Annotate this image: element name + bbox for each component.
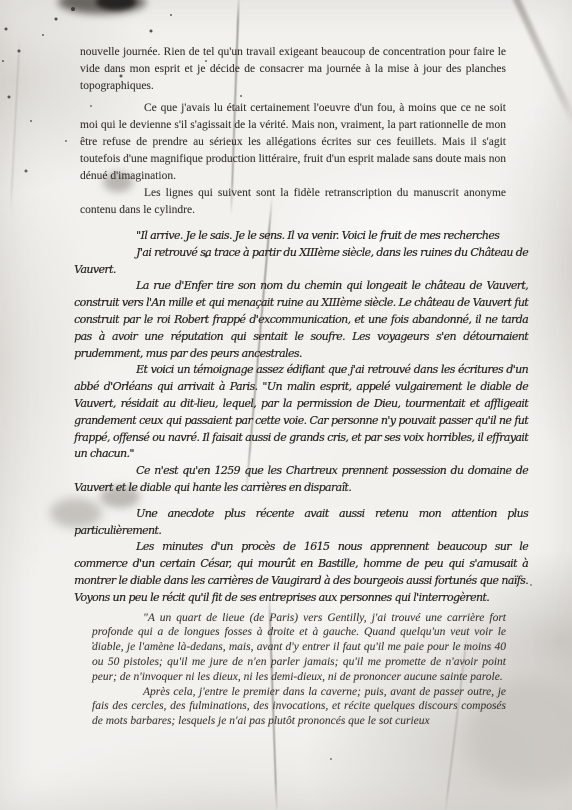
paragraph-typed-2: Ce que j'avais lu était certainement l'o…	[80, 100, 506, 185]
paragraph-typed-3: Les lignes qui suivent sont la fidèle re…	[80, 185, 506, 219]
paragraph-script-7: Les minutes d'un procès de 1615 nous app…	[74, 539, 528, 606]
paragraph-script-5: Ce n'est qu'en 1259 que les Chartreux pr…	[74, 463, 528, 497]
crease-left-edge	[10, 40, 20, 212]
paragraph-script-2: J'ai retrouvé sa trace à partir du XIIIè…	[74, 245, 528, 279]
paragraph-quote-2: Après cela, j'entre le premier dans la c…	[92, 685, 506, 729]
scanned-document-page: nouvelle journée. Rien de tel qu'un trav…	[0, 0, 572, 810]
paragraph-script-6: Une anecdote plus récente avait aussi re…	[74, 506, 528, 540]
paragraph-script-3: La rue d'Enfer tire son nom du chemin qu…	[74, 278, 528, 362]
dust-speckles	[0, 0, 2, 2]
paragraph-script-1: "Il arrive. Je le sais. Je le sens. Il v…	[74, 228, 528, 245]
paragraph-quote-1: "A un quart de lieue (de Paris) vers Gen…	[92, 611, 506, 685]
paragraph-typed-1: nouvelle journée. Rien de tel qu'un trav…	[80, 44, 506, 95]
document-text: nouvelle journée. Rien de tel qu'un trav…	[74, 0, 528, 729]
paragraph-script-4: Et voici un témoignage assez édifiant qu…	[74, 362, 528, 463]
